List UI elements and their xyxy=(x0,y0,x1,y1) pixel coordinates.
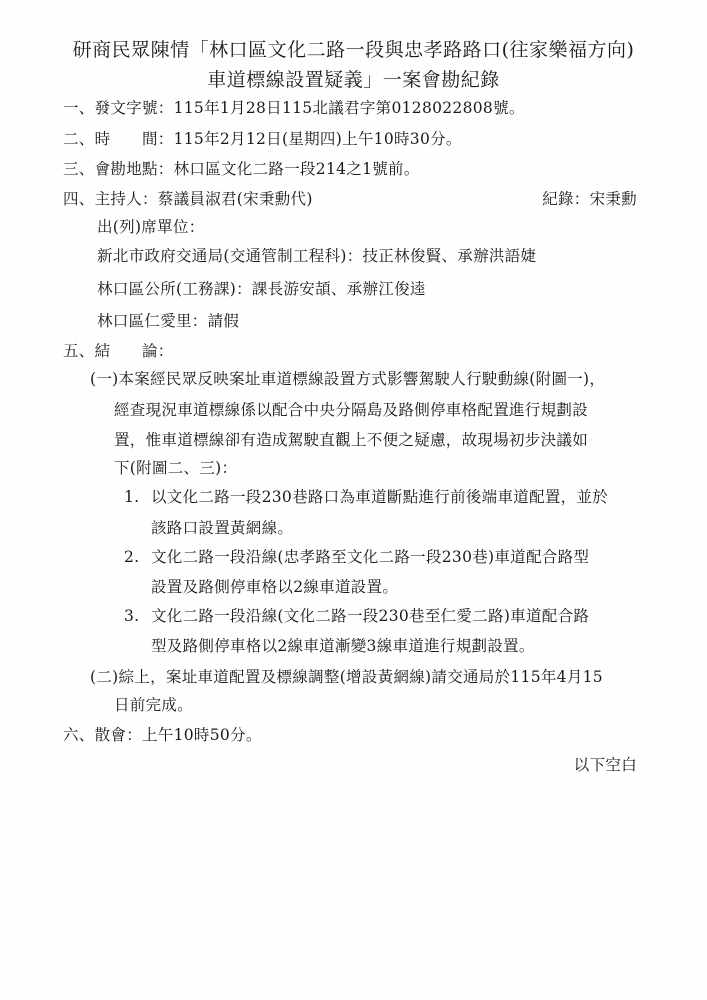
conclusion-point-1-line: 下(附圖二、三)： xyxy=(114,458,237,478)
list-item-number: 2. xyxy=(124,547,139,567)
section-location: 三、會勘地點：林口區文化二路一段214之1號前。 xyxy=(63,159,420,179)
list-item-text: 以文化二路一段230巷路口為車道斷點進行前後端車道配置，並於 xyxy=(151,487,608,507)
conclusion-point-2-line: 日前完成。 xyxy=(114,695,193,715)
list-item-text: 設置及路側停車格以2線車道設置。 xyxy=(151,577,398,597)
list-item-text: 型及路側停車格以2線車道漸變3線車道進行規劃設置。 xyxy=(151,636,535,656)
conclusion-heading: 五、結 論： xyxy=(63,341,174,361)
section-adjourn: 六、散會：上午10時50分。 xyxy=(63,725,262,745)
conclusion-point-1-line: 經查現況車道標線係以配合中央分隔島及路側停車格配置進行規劃設 xyxy=(114,400,588,420)
attendee-item: 林口區仁愛里：請假 xyxy=(97,311,239,331)
list-item-number: 1. xyxy=(124,487,139,507)
conclusion-point-1-line: (一)本案經民眾反映案址車道標線設置方式影響駕駛人行駛動線(附圖一)， xyxy=(90,369,605,389)
list-item-text: 該路口設置黃網線。 xyxy=(151,518,293,538)
attendee-item: 林口區公所(工務課)：課長游安頡、承辦江俊逵 xyxy=(97,279,426,299)
end-note: 以下空白 xyxy=(574,755,637,775)
list-item-text: 文化二路一段沿線(文化二路一段230巷至仁愛二路)車道配合路 xyxy=(151,606,589,626)
conclusion-point-2-line: (二)綜上，案址車道配置及標線調整(增設黃網線)請交通局於115年4月15 xyxy=(90,667,603,687)
section-document-number: 一、發文字號：115年1月28日115北議君字第0128022808號。 xyxy=(63,98,525,118)
attendees-label: 出(列)席單位： xyxy=(97,217,205,237)
section-time: 二、時 間：115年2月12日(星期四)上午10時30分。 xyxy=(63,129,462,149)
attendee-item: 新北市政府交通局(交通管制工程科)：技正林俊賢、承辦洪語婕 xyxy=(97,246,536,266)
section-host: 四、主持人：蔡議員淑君(宋秉勳代) xyxy=(63,189,313,209)
list-item-number: 3. xyxy=(124,606,139,626)
conclusion-point-1-line: 置，惟車道標線卻有造成駕駛直觀上不便之疑慮，故現場初步決議如 xyxy=(114,430,588,450)
document-title-line-1: 研商民眾陳情「林口區文化二路一段與忠孝路路口(往家樂福方向) xyxy=(0,38,707,62)
document-title-line-2: 車道標線設置疑義」一案會勘紀錄 xyxy=(0,68,707,92)
recorder: 紀錄：宋秉勳 xyxy=(542,189,637,209)
list-item-text: 文化二路一段沿線(忠孝路至文化二路一段230巷)車道配合路型 xyxy=(151,547,589,567)
